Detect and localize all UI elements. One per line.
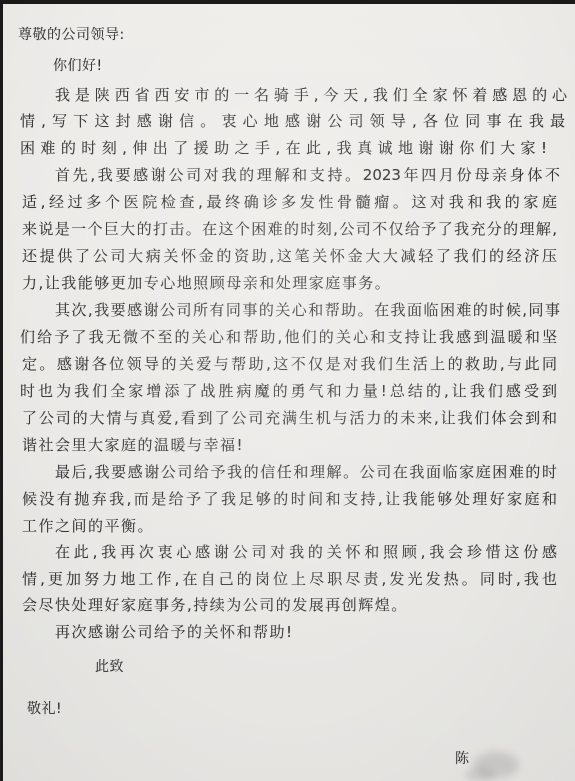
body-line: 了公司的大情与真爱,看到了公司充满生机与活力的未来,让我们体会到和 bbox=[22, 408, 557, 428]
body-line: 会尽快处理好家庭事务,持续为公司的发展再创辉煌。 bbox=[22, 595, 408, 615]
body-line: 适,经过多个医院检查,最终确诊多发性骨髓瘤。这对我和我的家庭 bbox=[22, 192, 557, 212]
letter-paper: 尊敬的公司领导: 你们好! 我是陕西省西安市的一名骑手,今天,我们全家怀着感恩的… bbox=[3, 4, 575, 781]
body-line: 谐社会里大家庭的温暖与幸福! bbox=[22, 435, 244, 455]
closing-line-2: 敬礼! bbox=[27, 699, 62, 719]
salutation: 尊敬的公司领导: bbox=[18, 25, 125, 45]
body-line: 困难的时刻,伸出了援助之手,在此,我真诚地谢谢你们大家! bbox=[20, 138, 547, 158]
body-line: 其次,我要感谢公司所有同事的关心和帮助。在我面临困难的时候,同事 bbox=[55, 300, 560, 320]
body-line: 候没有抛弃我,而是给予了我足够的时间和支持,让我能够处理好家庭和 bbox=[22, 489, 557, 509]
body-line: 我是陕西省西安市的一名骑手,今天,我们全家怀着感恩的心 bbox=[55, 85, 567, 105]
body-line: 时也为我们全家增添了战胜病魔的勇气和力量!总结的,让我们感受到 bbox=[20, 381, 557, 401]
body-line: 力,让我能够更加专心地照顾母亲和处理家庭事务。 bbox=[22, 273, 391, 293]
body-line: 情,写下这封感谢信。衷心地感谢公司领导,各位同事在我最 bbox=[20, 111, 565, 131]
body-line: 在此,我再次衷心感谢公司对我的关怀和照顾,我会珍惜这份感 bbox=[55, 542, 557, 562]
body-line: 定。感谢各位领导的关爱与帮助,这不仅是对我们生活上的救助,与此同 bbox=[22, 354, 557, 374]
body-line: 来说是一个巨大的打击。在这个困难的时刻,公司不仅给予了我充分的理解, bbox=[22, 219, 557, 239]
signature-smudge bbox=[465, 768, 495, 781]
greeting: 你们好! bbox=[53, 56, 103, 76]
body-line: 们给予了我无微不至的关心和帮助,他们的关心和支持让我感到温暖和坚 bbox=[20, 327, 557, 347]
closing-line-1: 此致 bbox=[95, 657, 124, 677]
body-line: 再次感谢公司给予的关怀和帮助! bbox=[55, 622, 294, 642]
body-line: 首先,我要感谢公司对我的理解和支持。2023年四月份母亲身体不 bbox=[55, 165, 560, 185]
body-line: 最后,我要感谢公司给予我的信任和理解。公司在我面临家庭困难的时 bbox=[55, 462, 557, 482]
body-line: 工作之间的平衡。 bbox=[22, 516, 154, 536]
body-line: 还提供了公司大病关怀金的资助,这笔关怀金大大减轻了我们的经济压 bbox=[22, 246, 557, 266]
body-line: 情,更加努力地工作,在自己的岗位上尽职尽责,发光发热。同时,我也 bbox=[22, 569, 557, 589]
signature: 陈 bbox=[455, 749, 470, 769]
